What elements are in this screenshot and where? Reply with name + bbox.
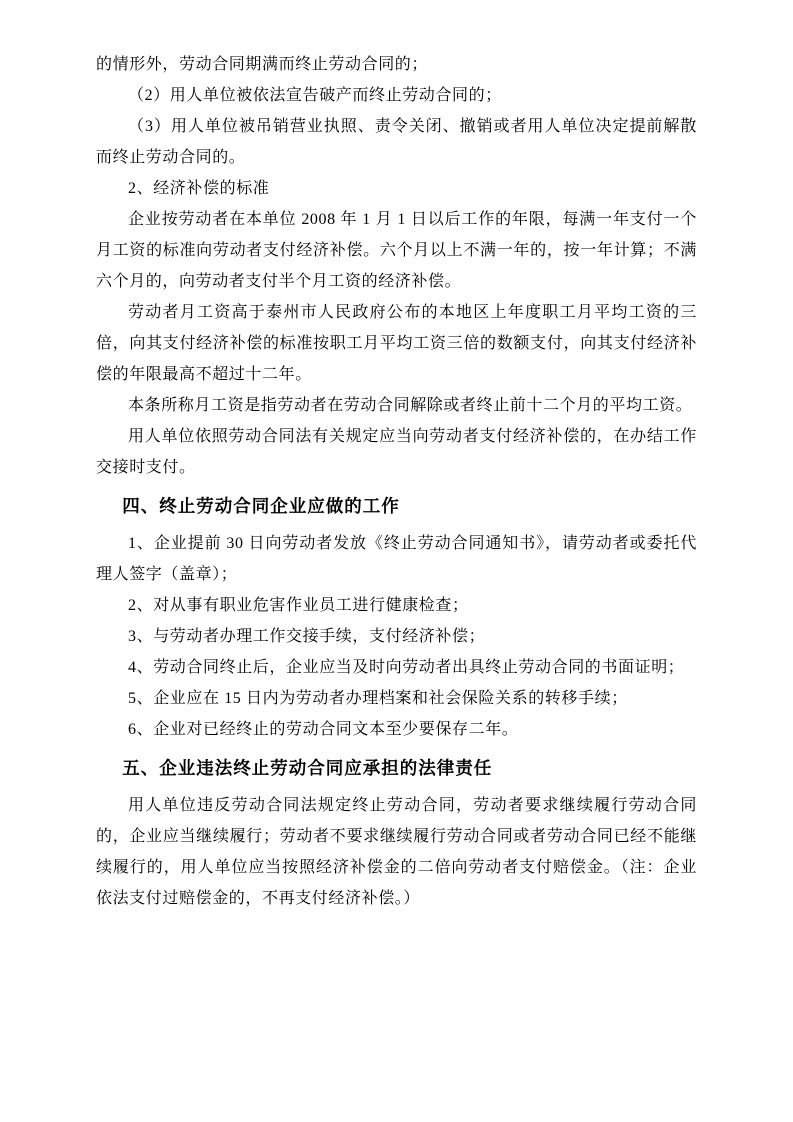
paragraph: 劳动者月工资高于泰州市人民政府公布的本地区上年度职工月平均工资的三倍，向其支付经… <box>96 297 697 390</box>
section-heading: 四、终止劳动合同企业应做的工作 <box>96 491 697 522</box>
document-page: 的情形外，劳动合同期满而终止劳动合同的；（2）用人单位被依法宣告破产而终止劳动合… <box>0 0 793 1122</box>
paragraph: （3）用人单位被吊销营业执照、责令关闭、撤销或者用人单位决定提前解散而终止劳动合… <box>96 111 697 173</box>
paragraph: 5、企业应在 15 日内为劳动者办理档案和社会保险关系的转移手续； <box>96 683 697 714</box>
paragraph: （2）用人单位被依法宣告破产而终止劳动合同的； <box>96 80 697 111</box>
paragraph: 1、企业提前 30 日向劳动者发放《终止劳动合同通知书》，请劳动者或委托代理人签… <box>96 528 697 590</box>
document-content: 的情形外，劳动合同期满而终止劳动合同的；（2）用人单位被依法宣告破产而终止劳动合… <box>96 49 697 914</box>
paragraph: 用人单位依照劳动合同法有关规定应当向劳动者支付经济补偿的，在办结工作交接时支付。 <box>96 421 697 483</box>
paragraph: 2、对从事有职业危害作业员工进行健康检查； <box>96 590 697 621</box>
paragraph: 2、经济补偿的标准 <box>96 173 697 204</box>
paragraph: 4、劳动合同终止后，企业应当及时向劳动者出具终止劳动合同的书面证明； <box>96 652 697 683</box>
paragraph: 企业按劳动者在本单位 2008 年 1 月 1 日以后工作的年限，每满一年支付一… <box>96 204 697 297</box>
paragraph: 本条所称月工资是指劳动者在劳动合同解除或者终止前十二个月的平均工资。 <box>96 390 697 421</box>
paragraph: 的情形外，劳动合同期满而终止劳动合同的； <box>96 49 697 80</box>
paragraph: 用人单位违反劳动合同法规定终止劳动合同，劳动者要求继续履行劳动合同的，企业应当继… <box>96 790 697 914</box>
paragraph: 3、与劳动者办理工作交接手续，支付经济补偿； <box>96 621 697 652</box>
section-heading: 五、企业违法终止劳动合同应承担的法律责任 <box>96 753 697 784</box>
paragraph: 6、企业对已经终止的劳动合同文本至少要保存二年。 <box>96 714 697 745</box>
